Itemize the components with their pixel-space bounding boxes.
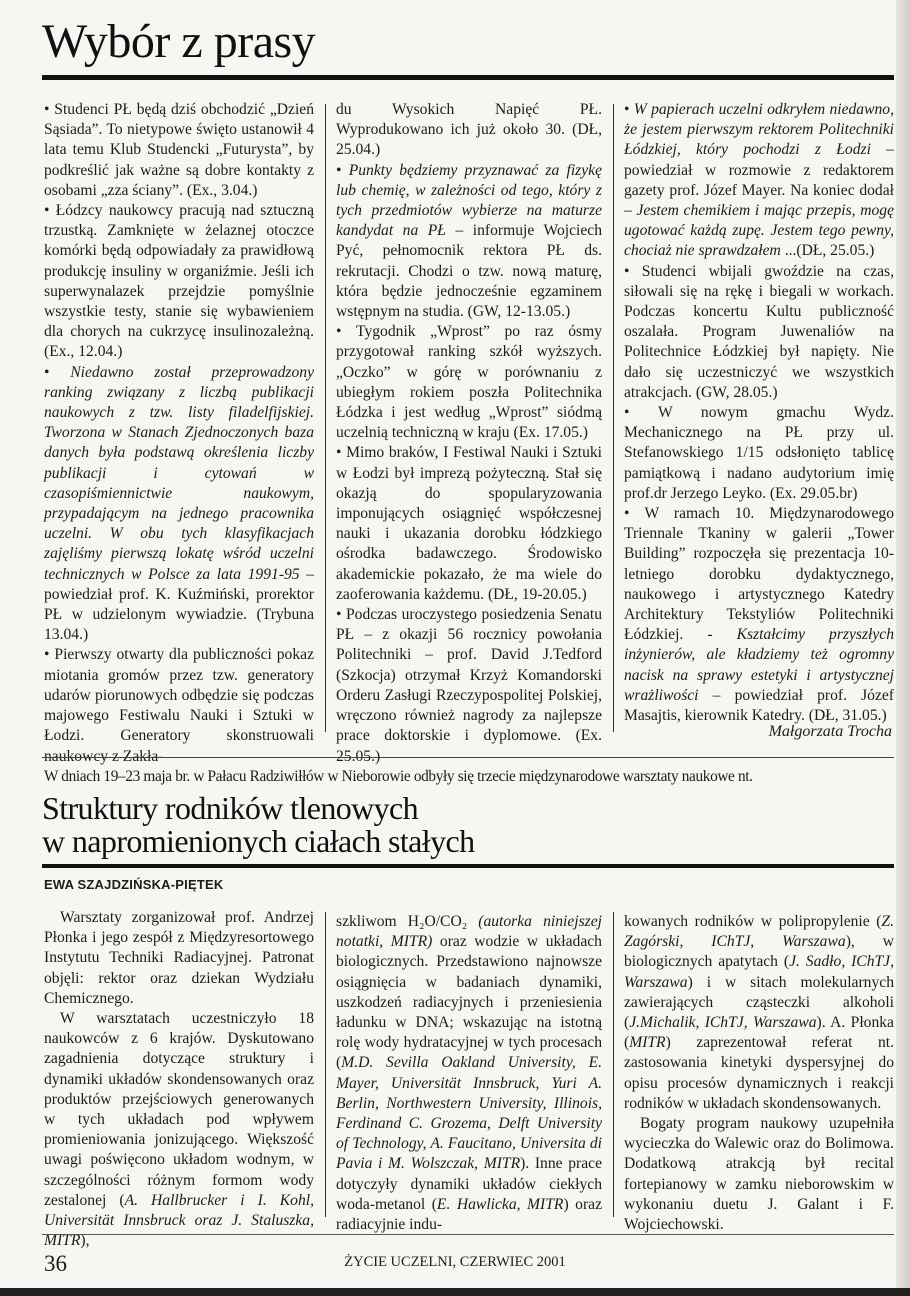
author-signature: Małgorzata Trocha	[769, 723, 892, 741]
article-title-rule	[42, 864, 894, 868]
body-text: szkliwom H₂O/CO₂	[336, 913, 478, 930]
press-column-3: W papierach uczelni odkryłem niedawno, ż…	[624, 100, 894, 726]
body-text: W warsztatach uczestniczyło 18 naukowców…	[44, 1010, 314, 1209]
news-item: Niedawno został przeprowadzony ranking z…	[44, 363, 314, 646]
quote-text: MITR	[629, 1034, 665, 1051]
news-item: Mimo braków, I Festiwal Nauki i Sztuki w…	[336, 443, 602, 605]
page-edge-shadow	[896, 0, 910, 1296]
body-text: kowanych rodników w polipropylenie (	[624, 913, 881, 930]
article-title-line-2: w napromienionych ciałach stałych	[42, 823, 474, 859]
body-text: Tygodnik „Wprost” po raz ósmy przygotowa…	[336, 323, 602, 441]
news-item: Punkty będziemy przyznawać za fizykę lub…	[336, 161, 602, 323]
publication-footer: ŻYCIE UCZELNI, CZERWIEC 2001	[0, 1254, 910, 1271]
news-item: Studenci wbijali gwoździe na czas, siłow…	[624, 262, 894, 403]
news-item: Pierwszy otwarty dla publiczności pokaz …	[44, 645, 314, 766]
body-text: Podczas uroczystego posiedzenia Senatu P…	[336, 606, 602, 764]
page-bottom-edge	[0, 1288, 910, 1296]
paragraph: Bogaty program naukowy uzupełniła wyciec…	[624, 1114, 894, 1235]
article-column-3: kowanych rodników w polipropylenie (Z. Z…	[624, 912, 894, 1235]
news-item: W ramach 10. Międzynarodowego Triennale …	[624, 504, 894, 726]
column-divider	[325, 104, 326, 732]
footer-rule	[42, 1234, 894, 1235]
paragraph: szkliwom H₂O/CO₂ (autorka niniejszej not…	[336, 912, 602, 1235]
body-text: oraz wodzie w układach biologicznych. Pr…	[336, 933, 602, 1071]
quote-text: W papierach uczelni odkryłem niedawno, ż…	[624, 101, 894, 158]
article-title-line-1: Struktury rodników tlenowych	[42, 790, 418, 826]
news-item: Tygodnik „Wprost” po raz ósmy przygotowa…	[336, 322, 602, 443]
paragraph: du Wysokich Napięć PŁ. Wyprodukowano ich…	[336, 100, 602, 161]
press-column-2: du Wysokich Napięć PŁ. Wyprodukowano ich…	[336, 100, 602, 767]
article-column-1: Warsztaty zorganizował prof. Andrzej Pło…	[44, 908, 314, 1251]
body-text: Mimo braków, I Festiwal Nauki i Sztuki w…	[336, 444, 602, 602]
column-divider	[613, 912, 614, 1217]
body-text: Pierwszy otwarty dla publiczności pokaz …	[44, 646, 314, 764]
news-item: W papierach uczelni odkryłem niedawno, ż…	[624, 100, 894, 262]
paragraph: kowanych rodników w polipropylenie (Z. Z…	[624, 912, 894, 1114]
quote-text: J.Michalik, IChTJ, Warszawa	[629, 1014, 816, 1031]
article-title: Struktury rodników tlenowych w napromien…	[42, 792, 474, 858]
news-item: Studenci PŁ będą dziś obchodzić „Dzień S…	[44, 100, 314, 201]
body-text: Bogaty program naukowy uzupełniła wyciec…	[624, 1115, 894, 1233]
body-text: Warsztaty zorganizował prof. Andrzej Pło…	[44, 909, 314, 1007]
news-item: W nowym gmachu Wydz. Mechanicznego na PŁ…	[624, 403, 894, 504]
body-text: ...(DŁ, 25.05.)	[781, 242, 875, 259]
column-divider	[613, 104, 614, 732]
news-item: Łódzcy naukowcy pracują nad sztuczną trz…	[44, 201, 314, 363]
article-intro: W dniach 19–23 maja br. w Pałacu Radziwi…	[44, 768, 896, 786]
paragraph: W warsztatach uczestniczyło 18 naukowców…	[44, 1009, 314, 1251]
article-column-2: szkliwom H₂O/CO₂ (autorka niniejszej not…	[336, 912, 602, 1235]
article-author: EWA SZAJDZIŃSKA-PIĘTEK	[44, 877, 223, 892]
body-text: Studenci PŁ będą dziś obchodzić „Dzień S…	[44, 101, 314, 199]
quote-text: E. Hawlicka, MITR	[437, 1196, 564, 1213]
body-text: W ramach 10. Międzynarodowego Triennale …	[624, 505, 894, 643]
body-text: W nowym gmachu Wydz. Mechanicznego na PŁ…	[624, 404, 894, 502]
section-rule	[42, 75, 894, 80]
section-title: Wybór z prasy	[42, 14, 315, 69]
body-text: powiedział prof. K. Kuźmiński, prorektor…	[44, 586, 314, 643]
column-divider	[325, 912, 326, 1217]
body-text: Łódzcy naukowcy pracują nad sztuczną trz…	[44, 202, 314, 360]
news-item: Podczas uroczystego posiedzenia Senatu P…	[336, 605, 602, 767]
body-text: Studenci wbijali gwoździe na czas, siłow…	[624, 263, 894, 401]
press-column-1: Studenci PŁ będą dziś obchodzić „Dzień S…	[44, 100, 314, 767]
article-separator	[42, 757, 894, 758]
quote-text: Niedawno został przeprowadzony ranking z…	[44, 364, 314, 583]
paragraph: Warsztaty zorganizował prof. Andrzej Pło…	[44, 908, 314, 1009]
body-text: du Wysokich Napięć PŁ. Wyprodukowano ich…	[336, 101, 602, 158]
